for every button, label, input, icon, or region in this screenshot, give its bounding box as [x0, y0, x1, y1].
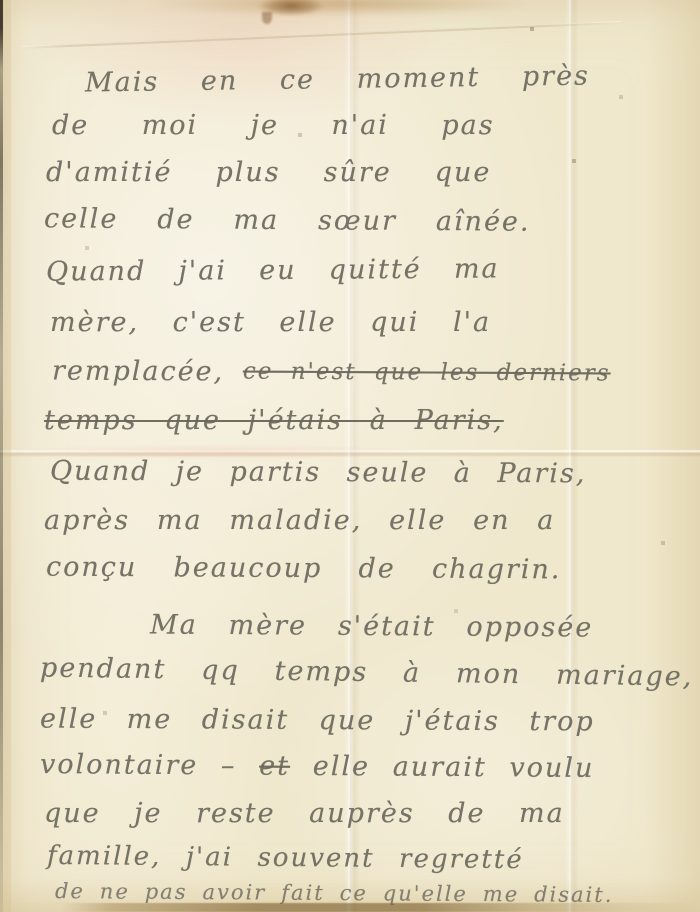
- line-text-segment: elle aurait voulu: [290, 751, 595, 784]
- line-text-segment: Mais en ce moment près: [85, 60, 590, 98]
- handwritten-line-4: celle de ma sœur aînée.: [44, 203, 531, 237]
- handwritten-line-5: Quand j'ai eu quitté ma: [46, 253, 500, 287]
- handwritten-text-block: Mais en ce moment près de moi je n'ai pa…: [0, 0, 700, 912]
- struck-text-segment: et: [259, 751, 290, 782]
- struck-text-segment: ce n'est que les derniers: [243, 359, 611, 387]
- line-text-segment: pendant qq temps à mon mariage,: [40, 652, 694, 692]
- handwritten-line-15: volontaire – et elle aurait voulu: [40, 749, 595, 784]
- handwritten-line-6: mère, c'est elle qui l'a: [50, 307, 491, 338]
- line-text-segment: que je reste auprès de ma: [44, 798, 565, 829]
- line-text-segment: celle de ma sœur aînée.: [44, 203, 531, 237]
- handwritten-line-14: elle me disait que j'étais trop: [40, 704, 595, 738]
- handwritten-line-2: de moi je n'ai pas: [52, 110, 495, 141]
- line-text-segment: après ma maladie, elle en a: [44, 505, 555, 536]
- line-text-segment: Quand je partis seule à Paris,: [50, 456, 587, 490]
- handwritten-line-9: Quand je partis seule à Paris,: [50, 456, 587, 490]
- handwritten-line-10: après ma maladie, elle en a: [44, 505, 555, 536]
- line-text-segment: famille, j'ai souvent regretté: [47, 841, 524, 875]
- handwritten-line-1: Mais en ce moment près: [85, 60, 590, 98]
- handwritten-line-7: remplacée, ce n'est que les derniers: [52, 356, 611, 390]
- line-text-segment: mère, c'est elle qui l'a: [50, 307, 491, 338]
- handwritten-line-17: famille, j'ai souvent regretté: [47, 841, 524, 875]
- line-text-segment: elle me disait que j'étais trop: [40, 704, 595, 738]
- line-text-segment: Ma mère s'était opposée: [150, 609, 594, 643]
- handwritten-line-12: Ma mère s'était opposée: [150, 609, 594, 643]
- handwritten-line-3: d'amitié plus sûre que: [46, 157, 491, 188]
- handwritten-line-11: conçu beaucoup de chagrin.: [46, 552, 562, 586]
- scan-edge-bottom: [0, 903, 700, 912]
- line-text-segment: de moi je n'ai pas: [52, 110, 495, 141]
- handwritten-line-16: que je reste auprès de ma: [44, 798, 565, 829]
- handwritten-line-13: pendant qq temps à mon mariage,: [40, 652, 694, 692]
- line-text-segment: Quand j'ai eu quitté ma: [46, 253, 500, 287]
- line-text-segment: conçu beaucoup de chagrin.: [46, 552, 562, 586]
- letter-page: Mais en ce moment près de moi je n'ai pa…: [0, 0, 700, 912]
- scan-edge-left: [0, 0, 3, 912]
- struck-text-segment: temps que j'étais à Paris,: [44, 405, 504, 436]
- line-text-segment: d'amitié plus sûre que: [46, 157, 491, 188]
- line-text-segment: volontaire –: [40, 749, 259, 782]
- handwritten-line-8: temps que j'étais à Paris,: [44, 405, 504, 436]
- line-text-segment: remplacée,: [52, 356, 243, 388]
